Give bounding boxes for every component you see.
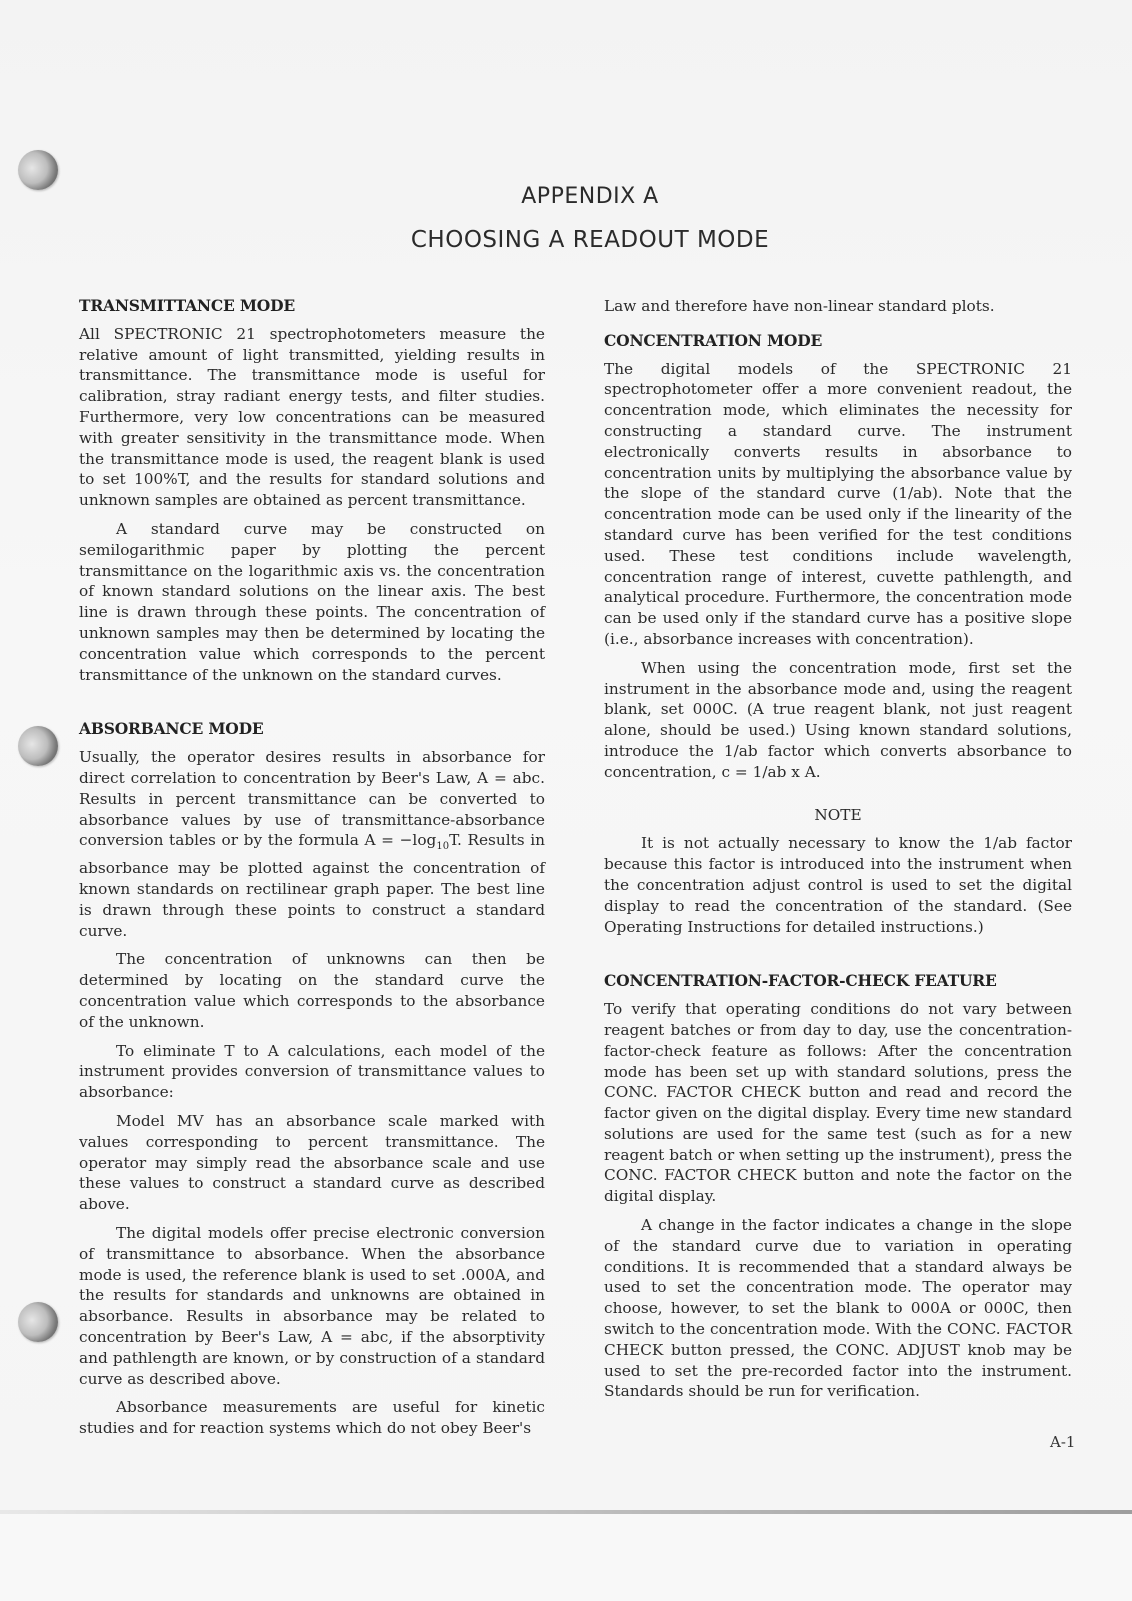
scan-background — [0, 1514, 1132, 1601]
paragraph: The digital models of the SPECTRONIC 21 … — [604, 359, 1072, 650]
note-section: NOTE It is not actually necessary to kno… — [604, 805, 1072, 938]
paragraph: A change in the factor indicates a chang… — [604, 1215, 1072, 1402]
paragraph: Usually, the operator desires results in… — [79, 747, 545, 941]
paragraph: A standard curve may be constructed on s… — [79, 519, 545, 685]
concentration-factor-check-section: CONCENTRATION-FACTOR-CHECK FEATURE To ve… — [604, 971, 1072, 1402]
page-title: CHOOSING A READOUT MODE — [0, 227, 1132, 253]
document-page: APPENDIX A CHOOSING A READOUT MODE TRANS… — [0, 0, 1132, 1530]
paragraph: To verify that operating conditions do n… — [604, 999, 1072, 1207]
note-text: It is not actually necessary to know the… — [604, 833, 1072, 937]
right-column: Law and therefore have non-linear standa… — [604, 296, 1072, 1410]
section-heading: CONCENTRATION-FACTOR-CHECK FEATURE — [604, 971, 1072, 992]
subscript: 10 — [436, 841, 449, 852]
paragraph: Absorbance measurements are useful for k… — [79, 1397, 545, 1439]
paragraph: When using the concentration mode, first… — [604, 658, 1072, 783]
absorbance-mode-section: ABSORBANCE MODE Usually, the operator de… — [79, 719, 545, 1439]
note-title: NOTE — [604, 805, 1072, 826]
section-heading: CONCENTRATION MODE — [604, 331, 1072, 352]
page-number: A-1 — [1050, 1433, 1075, 1451]
binder-hole-icon — [18, 1302, 58, 1342]
paragraph: To eliminate T to A calculations, each m… — [79, 1041, 545, 1103]
paragraph: The concentration of unknowns can then b… — [79, 949, 545, 1032]
paragraph-continuation: Law and therefore have non-linear standa… — [604, 296, 1072, 317]
binder-hole-icon — [18, 726, 58, 766]
appendix-label: APPENDIX A — [0, 184, 1132, 209]
paragraph: The digital models offer precise electro… — [79, 1223, 545, 1389]
transmittance-mode-section: TRANSMITTANCE MODE All SPECTRONIC 21 spe… — [79, 296, 545, 685]
paragraph: Model MV has an absorbance scale marked … — [79, 1111, 545, 1215]
paragraph: All SPECTRONIC 21 spectrophotometers mea… — [79, 324, 545, 511]
section-heading: TRANSMITTANCE MODE — [79, 296, 545, 317]
section-heading: ABSORBANCE MODE — [79, 719, 545, 740]
left-column: TRANSMITTANCE MODE All SPECTRONIC 21 spe… — [79, 296, 545, 1447]
concentration-mode-section: CONCENTRATION MODE The digital models of… — [604, 331, 1072, 783]
